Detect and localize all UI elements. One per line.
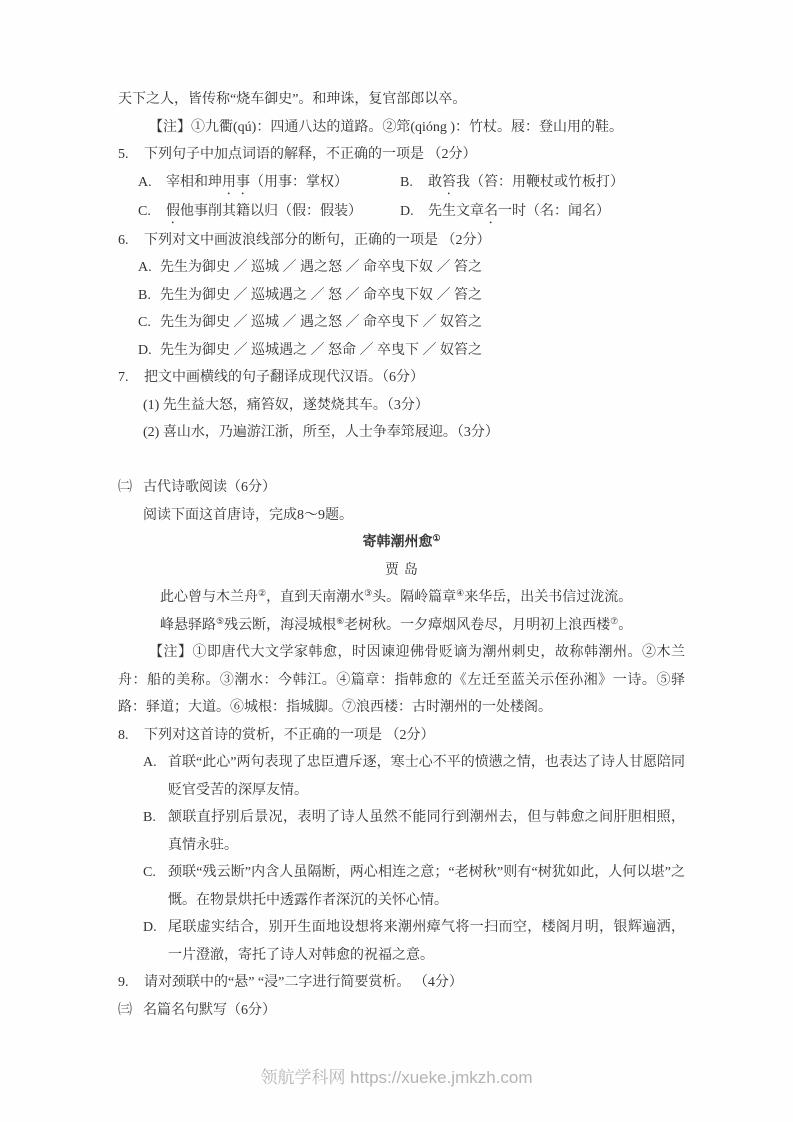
- q5-option-d: D. 先生文章名一时（名：闻名）: [400, 198, 685, 227]
- poem-author: 贾岛: [118, 557, 685, 585]
- q6-option-a: A. 先生为御史 ／ 巡城 ／ 遇之怒 ／ 命卒曳下奴 ／ 笞之: [138, 254, 685, 282]
- question-5-number: 5.: [118, 141, 144, 169]
- question-8-number: 8.: [118, 722, 144, 750]
- poem-line-1: 此心曾与木兰舟②，直到天南潮水③头。隔岭篇章④来华岳，出关书信过泷流。: [160, 584, 685, 612]
- q8-option-c: C. 颈联“残云断”内含人虽隔断，两心相连之意；“老树秋”则有“树犹如此，人何以…: [143, 859, 685, 914]
- poem-notes: 【注】①即唐代大文学家韩愈，时因谏迎佛骨贬谪为潮州刺史，故称韩潮州。②木兰舟：船…: [118, 639, 685, 722]
- q5-option-a: A. 宰相和珅用事（用事：掌权）: [138, 169, 400, 198]
- q8-option-a: A. 首联“此心”两句表现了忠臣遭斥逐，寒士心不平的愤懑之情，也表达了诗人甘愿陪…: [143, 749, 685, 804]
- section-3-number: ㈢: [118, 997, 143, 1025]
- section-3-heading: ㈢ 名篇名句默写（6分）: [118, 997, 685, 1025]
- q6-option-c: C. 先生为御史 ／ 巡城 ／ 遇之怒 ／ 命卒曳下 ／ 奴笞之: [138, 309, 685, 337]
- q8-option-b: B. 颔联直抒别后景况，表明了诗人虽然不能同行到潮州去，但与韩愈之间肝胆相照，真…: [143, 804, 685, 859]
- poem-title: 寄韩潮州愈①: [118, 529, 685, 557]
- question-8-stem: 8. 下列对这首诗的赏析，不正确的一项是 （2分）: [118, 722, 685, 750]
- section-2-heading: ㈡ 古代诗歌阅读（6分）: [118, 474, 685, 502]
- q5-option-a-label: A.: [138, 169, 166, 198]
- q6-option-c-label: C.: [138, 309, 160, 337]
- q6-option-b-label: B.: [138, 282, 160, 310]
- question-5-options: A. 宰相和珅用事（用事：掌权） B. 敢笞我（笞：用鞭杖或竹板打） C. 假他…: [138, 169, 685, 227]
- q7-item-2: (2) 喜山水，乃遍游江浙，所至，人士争奉筇屐迎。（3分）: [143, 419, 685, 447]
- section-2-intro: 阅读下面这首唐诗，完成8～9题。: [143, 502, 685, 530]
- note-marker-5: ⑤: [216, 616, 224, 626]
- poem-line-2: 峰悬驿路⑤残云断，海浸城根⑥老树秋。一夕瘴烟风卷尽，月明初上浪西楼⑦。: [160, 612, 685, 640]
- q8-option-d: D. 尾联虚实结合，别开生面地设想将来潮州瘴气将一扫而空，楼阁月明，银辉遍洒，一…: [143, 914, 685, 969]
- question-9-stem: 9. 请对颈联中的“悬” “浸”二字进行简要赏析。 （4分）: [118, 969, 685, 997]
- note-marker-6: ⑥: [336, 616, 344, 626]
- site-watermark: 领航学科网 https://xueke.jmkzh.com: [0, 1064, 793, 1092]
- q5-option-a-dotted-word: 用事: [222, 175, 250, 190]
- q5-option-b: B. 敢笞我（笞：用鞭杖或竹板打）: [400, 169, 685, 198]
- question-5-stem: 5. 下列句子中加点词语的解释，不正确的一项是 （2分）: [118, 141, 685, 169]
- q7-item-1: (1) 先生益大怒，痛笞奴，遂焚烧其车。（3分）: [143, 392, 685, 420]
- question-6-number: 6.: [118, 227, 144, 255]
- q8-option-a-label: A.: [143, 749, 168, 804]
- q5-option-b-dotted-word: 笞: [442, 175, 456, 190]
- q5-option-d-dotted-word: 名: [484, 204, 498, 219]
- question-9-number: 9.: [118, 969, 144, 997]
- passage-tail: 天下之人，皆传称“烧车御史”。和珅诛，复官部郎以卒。: [118, 86, 685, 114]
- q6-option-d-label: D.: [138, 337, 160, 365]
- q6-option-b: B. 先生为御史 ／ 巡城遇之 ／ 怒 ／ 命卒曳下奴 ／ 笞之: [138, 282, 685, 310]
- q5-option-b-label: B.: [400, 169, 428, 198]
- section-2-number: ㈡: [118, 474, 143, 502]
- poem-title-note-marker: ①: [432, 533, 440, 543]
- question-7-stem: 7. 把文中画横线的句子翻译成现代汉语。（6分）: [118, 364, 685, 392]
- q8-option-b-label: B.: [143, 804, 168, 859]
- q5-option-c-dotted-word: 假: [166, 204, 180, 219]
- q5-option-d-label: D.: [400, 198, 428, 227]
- q5-option-c: C. 假他事削其籍以归（假：假装）: [138, 198, 400, 227]
- exam-page-content: 天下之人，皆传称“烧车御史”。和珅诛，复官部郎以卒。 【注】①九衢(qú)：四通…: [118, 86, 685, 1024]
- q6-option-a-label: A.: [138, 254, 160, 282]
- note-marker-3: ③: [364, 588, 372, 598]
- question-6-stem: 6. 下列对文中画波浪线部分的断句，正确的一项是 （2分）: [118, 227, 685, 255]
- question-7-number: 7.: [118, 364, 144, 392]
- note-marker-2: ②: [258, 588, 266, 598]
- q5-option-c-label: C.: [138, 198, 166, 227]
- q6-option-d: D. 先生为御史 ／ 巡城遇之 ／ 怒命 ／ 卒曳下 ／ 奴笞之: [138, 337, 685, 365]
- passage-note: 【注】①九衢(qú)：四通八达的道路。②筇(qióng )：竹杖。屐：登山用的鞋…: [118, 114, 685, 142]
- q8-option-d-label: D.: [143, 914, 168, 969]
- q8-option-c-label: C.: [143, 859, 168, 914]
